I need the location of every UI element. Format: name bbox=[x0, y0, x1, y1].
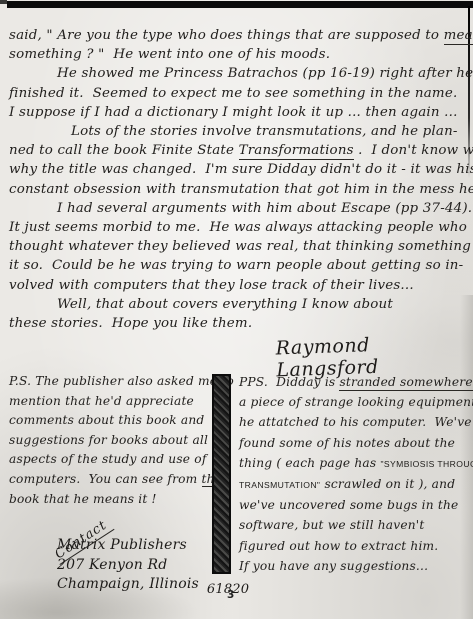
text-line: TRANSMUTATION" scrawled on it ), and bbox=[239, 474, 472, 495]
text-line: he attatched to his computer. We've bbox=[239, 412, 472, 432]
publisher-name: Matrix Publishers bbox=[57, 536, 249, 556]
text-line: Lots of the stories involve transmutatio… bbox=[9, 122, 469, 141]
text-line: constant obsession with transmutation th… bbox=[9, 180, 469, 199]
text-line: figured out how to extract him. bbox=[239, 536, 472, 556]
publisher-city: Champaign, Illinois bbox=[57, 576, 199, 592]
text-line: P.S. The publisher also asked me to bbox=[9, 372, 221, 392]
text-line: He showed me Princess Batrachos (pp 16-1… bbox=[9, 64, 469, 83]
text-line: why the title was changed. I'm sure Didd… bbox=[9, 160, 469, 179]
page-number: 3 bbox=[227, 589, 234, 601]
text-line: If you have any suggestions... bbox=[239, 556, 472, 576]
text-line: a piece of strange looking equipment bbox=[239, 392, 472, 412]
text-line: I suppose if I had a dictionary I might … bbox=[9, 103, 469, 122]
text-line: comments about this book and bbox=[9, 411, 221, 431]
text-line: finished it. Seemed to expect me to see … bbox=[9, 84, 469, 103]
text-line: aspects of the study and use of bbox=[9, 450, 221, 470]
text-line: found some of his notes about the bbox=[239, 433, 472, 453]
publisher-address: Matrix Publishers 207 Kenyon Rd Champaig… bbox=[57, 536, 249, 595]
text-line: PPS. Didday is stranded somewhere in bbox=[239, 372, 472, 392]
text-line: software, but we still haven't bbox=[239, 515, 472, 535]
text-line: it so. Could be he was trying to warn pe… bbox=[9, 256, 469, 275]
text-line: suggestions for books about all bbox=[9, 431, 221, 451]
scan-edge-top-bar bbox=[7, 1, 473, 8]
text-line: mention that he'd appreciate bbox=[9, 392, 221, 412]
text-line: ned to call the book Finite State Transf… bbox=[9, 141, 469, 160]
text-line: we've uncovered some bugs in the bbox=[239, 495, 472, 515]
scan-corner-mark bbox=[0, 0, 7, 4]
text-line: book that he means it ! bbox=[9, 490, 221, 510]
pps-note: PPS. Didday is stranded somewhere ina pi… bbox=[239, 372, 472, 576]
publisher-street: 207 Kenyon Rd bbox=[57, 556, 249, 576]
text-line: I had several arguments with him about E… bbox=[9, 199, 469, 218]
text-line: volved with computers that they lose tra… bbox=[9, 276, 469, 295]
text-line: these stories. Hope you like them. bbox=[9, 314, 469, 333]
text-line: It just seems morbid to me. He was alway… bbox=[9, 218, 469, 237]
letter-body: said, " Are you the type who does things… bbox=[9, 26, 469, 333]
publisher-city-line: Champaign, Illinois61820 bbox=[57, 575, 249, 595]
text-line: Well, that about covers everything I kno… bbox=[9, 295, 469, 314]
text-line: thing ( each page has "SYMBIOSIS THROUGH bbox=[239, 453, 472, 474]
text-line: said, " Are you the type who does things… bbox=[9, 26, 469, 45]
ps-note: P.S. The publisher also asked me tomenti… bbox=[9, 372, 221, 509]
scanned-letter-page: said, " Are you the type who does things… bbox=[0, 0, 473, 619]
text-line: something ? " He went into one of his mo… bbox=[9, 45, 469, 64]
text-line: thought whatever they believed was real,… bbox=[9, 237, 469, 256]
text-line: computers. You can see from this bbox=[9, 470, 221, 490]
